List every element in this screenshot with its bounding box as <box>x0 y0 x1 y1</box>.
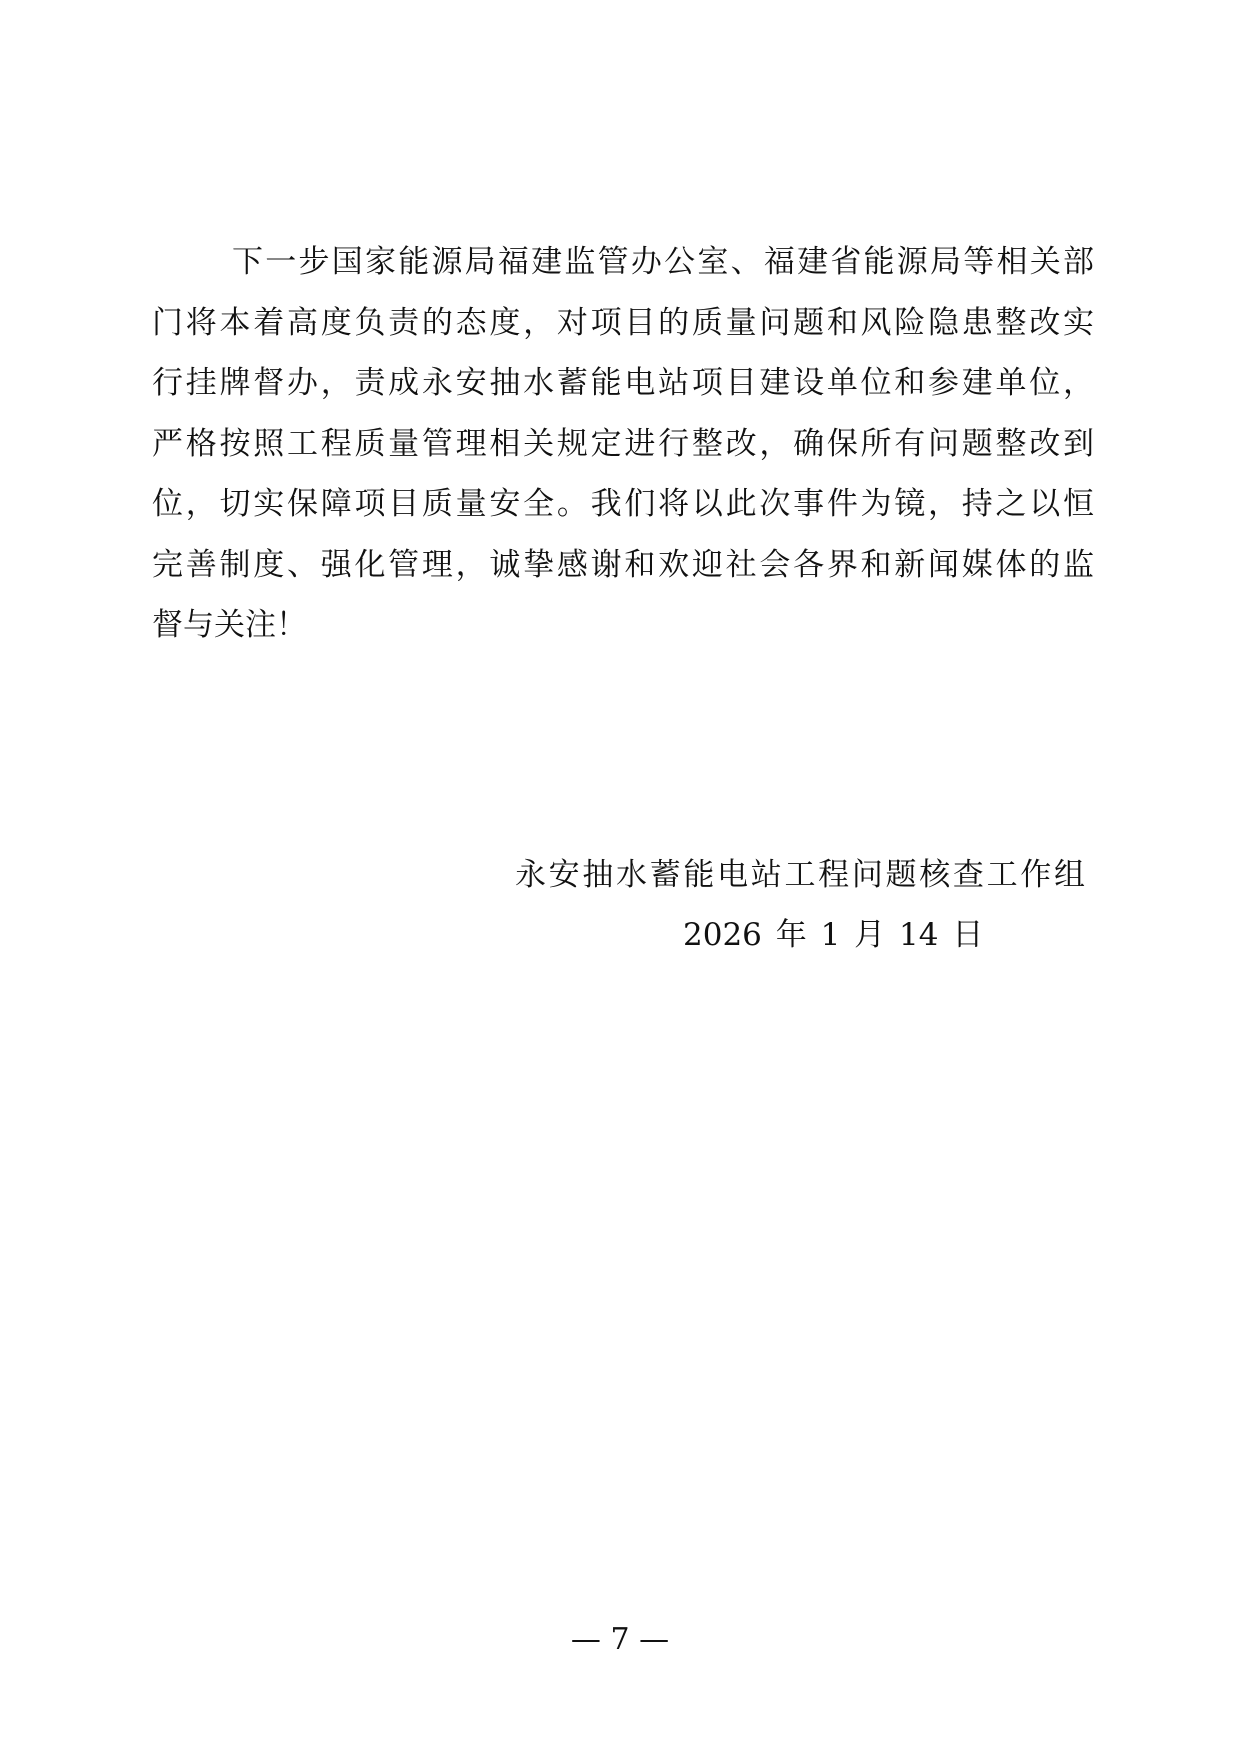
body-paragraph: 下一步国家能源局福建监管办公室、福建省能源局等相关部 门将本着高度负责的态度，对… <box>152 232 1094 656</box>
paragraph-line: 完善制度、强化管理，诚挚感谢和欢迎社会各界和新闻媒体的监 <box>152 535 1094 596</box>
signature-organization: 永安抽水蓄能电站工程问题核查工作组 <box>515 845 1085 905</box>
document-page: 下一步国家能源局福建监管办公室、福建省能源局等相关部 门将本着高度负责的态度，对… <box>0 0 1240 1753</box>
paragraph-line: 门将本着高度负责的态度，对项目的质量问题和风险隐患整改实 <box>152 293 1094 354</box>
paragraph-line: 行挂牌督办，责成永安抽水蓄能电站项目建设单位和参建单位， <box>152 353 1094 414</box>
signature-date: 2026 年 1 月 14 日 <box>683 905 983 965</box>
paragraph-line: 严格按照工程质量管理相关规定进行整改，确保所有问题整改到 <box>152 414 1094 475</box>
paragraph-line: 位，切实保障项目质量安全。我们将以此次事件为镜，持之以恒 <box>152 474 1094 535</box>
paragraph-line: 下一步国家能源局福建监管办公室、福建省能源局等相关部 <box>152 232 1094 293</box>
page-number: — 7 — <box>0 1620 1240 1660</box>
paragraph-line: 督与关注！ <box>152 595 1094 656</box>
